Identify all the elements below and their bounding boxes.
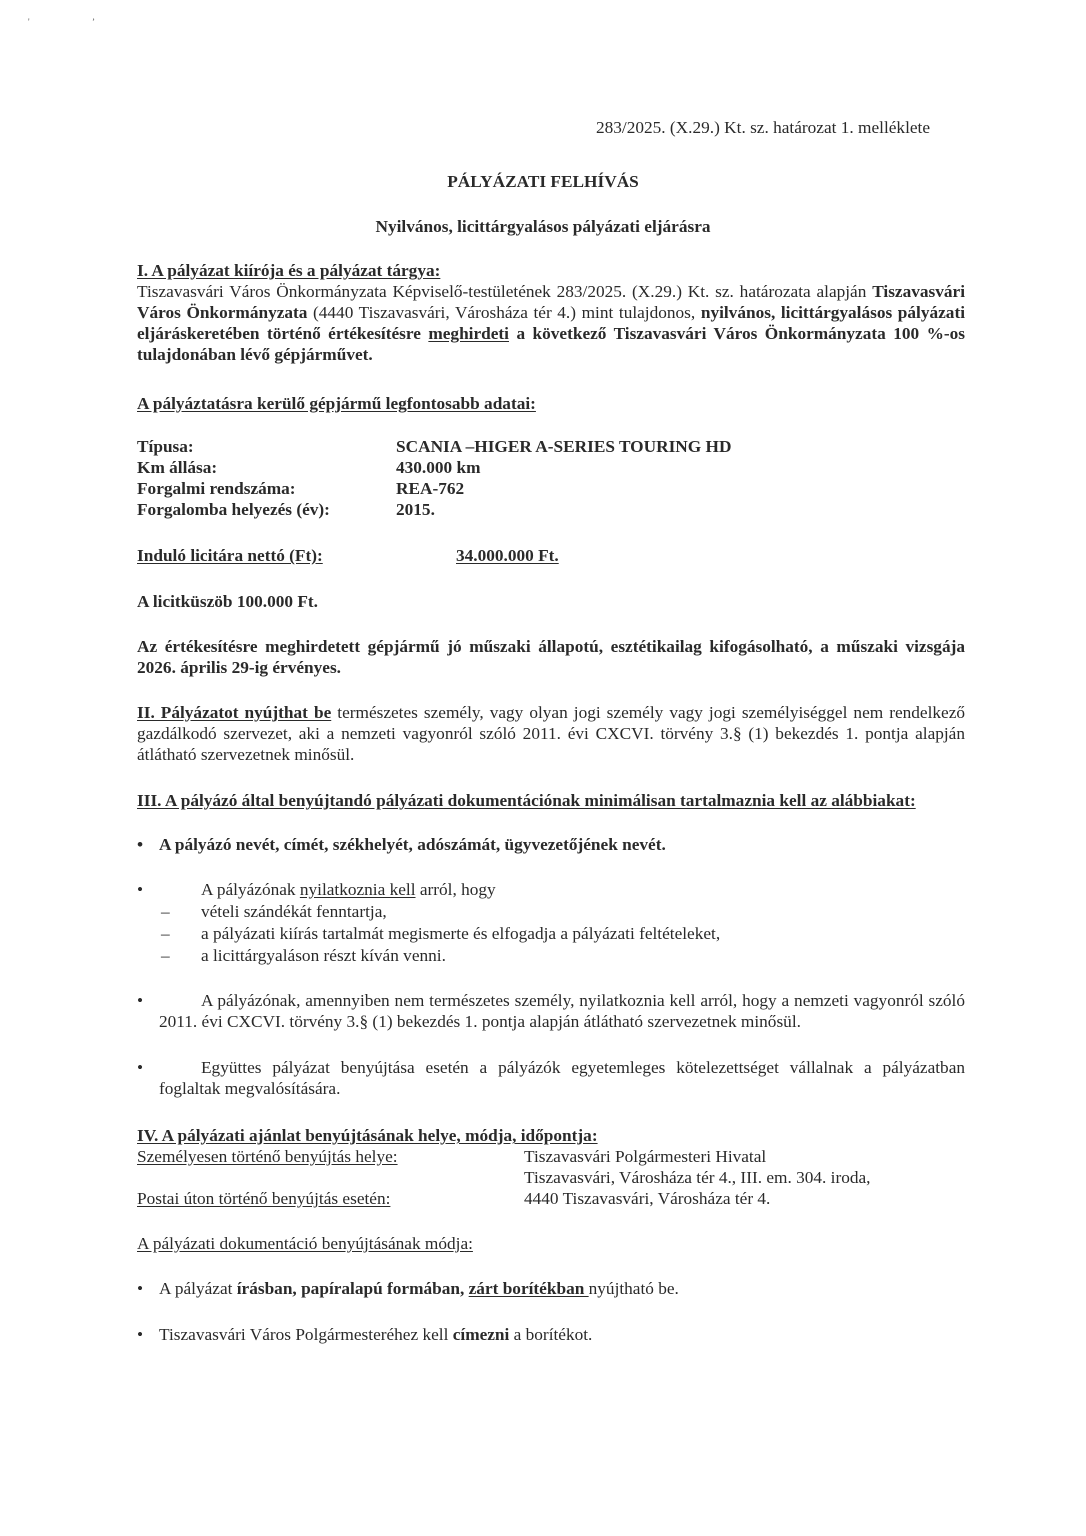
vehicle-row: Forgalmi rendszáma:REA-762 [137, 478, 731, 499]
submission-row: Tiszavasvári, Városháza tér 4., III. em.… [137, 1167, 965, 1188]
vehicle-value: 2015. [396, 499, 435, 520]
list-item: • A pályázónak, amennyiben nem természet… [137, 990, 965, 1032]
vehicle-label: Forgalomba helyezés (év): [137, 499, 396, 520]
section-1-text: Tiszavasvári Város Önkormányzata Képvise… [137, 281, 965, 365]
text: Tiszavasvári Város Önkormányzata Képvise… [137, 282, 872, 301]
text: A pályázónak [201, 880, 300, 899]
dash-list: –vételi szándékát fenntartja, –a pályáza… [137, 901, 965, 967]
vehicle-heading: A pályáztatásra kerülő gépjármű legfonto… [137, 393, 536, 414]
submission-label: Személyesen történő benyújtás helye: [137, 1146, 524, 1167]
vehicle-condition: Az értékesítésre meghirdetett gépjármű j… [137, 636, 965, 678]
text: arról, hogy [416, 880, 496, 899]
text-underline: nyilatkoznia kell [300, 880, 416, 899]
document-subtitle: Nyilvános, licittárgyalásos pályázati el… [0, 216, 1086, 237]
submission-value: 4440 Tiszavasvári, Városháza tér 4. [524, 1188, 770, 1209]
list-item: • A pályázónak nyilatkoznia kell arról, … [137, 879, 965, 900]
text-bold-underline: zárt borítékban [469, 1279, 589, 1298]
dash-item: –a licittárgyaláson részt kíván venni. [137, 945, 965, 967]
vehicle-value: REA-762 [396, 478, 464, 499]
list-item: • A pályázó nevét, címét, székhelyét, ad… [137, 834, 965, 855]
vehicle-label: Km állása: [137, 457, 396, 478]
text: A pályázat [159, 1279, 237, 1298]
submission-info: Személyesen történő benyújtás helye:Tisz… [137, 1146, 965, 1209]
vehicle-row: Típusa:SCANIA –HIGER A-SERIES TOURING HD [137, 436, 731, 457]
submission-row: Személyesen történő benyújtás helye:Tisz… [137, 1146, 965, 1167]
list-item-text: A pályázat írásban, papíralapú formában,… [137, 1278, 965, 1299]
text-bold: címezni [453, 1325, 510, 1344]
text: Tiszavasvári Város Polgármesteréhez kell [159, 1325, 453, 1344]
vehicle-value: SCANIA –HIGER A-SERIES TOURING HD [396, 436, 731, 457]
list-item-text: A pályázónak nyilatkoznia kell arról, ho… [137, 879, 965, 900]
dash-item: –a pályázati kiírás tartalmát megismerte… [137, 923, 965, 945]
bullet-icon: • [137, 1278, 157, 1299]
start-price-value: 34.000.000 Ft. [456, 545, 559, 566]
submission-value: Tiszavasvári Polgármesteri Hivatal [524, 1146, 766, 1167]
text-bold-underline: meghirdeti [428, 324, 509, 343]
submission-value: Tiszavasvári, Városháza tér 4., III. em.… [524, 1167, 871, 1188]
method-heading: A pályázati dokumentáció benyújtásának m… [137, 1233, 473, 1254]
document-title: PÁLYÁZATI FELHÍVÁS [0, 171, 1086, 192]
list-item: • A pályázat írásban, papíralapú formába… [137, 1278, 965, 1299]
section-1-heading: I. A pályázat kiírója és a pályázat tárg… [137, 260, 965, 281]
bid-step: A licitküszöb 100.000 Ft. [137, 591, 318, 612]
section-2: II. Pályázatot nyújthat be természetes s… [137, 702, 965, 765]
bullet-icon: • [137, 1324, 157, 1345]
bullet-icon: • [137, 879, 157, 900]
start-price-label: Induló licitára nettó (Ft): [137, 545, 323, 566]
text: (4440 Tiszavasvári, Városháza tér 4.) mi… [307, 303, 700, 322]
dash-item-text: a licittárgyaláson részt kíván venni. [201, 945, 446, 966]
list-item: • Együttes pályázat benyújtása esetén a … [137, 1057, 965, 1099]
vehicle-row: Km állása:430.000 km [137, 457, 731, 478]
section-1: I. A pályázat kiírója és a pályázat tárg… [137, 260, 965, 365]
vehicle-row: Forgalomba helyezés (év):2015. [137, 499, 731, 520]
section-2-heading: II. Pályázatot nyújthat be [137, 703, 331, 722]
dash-icon: – [161, 901, 170, 922]
dash-item-text: vételi szándékát fenntartja, [201, 901, 387, 922]
section-3-heading: III. A pályázó által benyújtandó pályáza… [137, 790, 965, 811]
dash-icon: – [161, 945, 170, 966]
scan-mark: ' [28, 12, 30, 33]
scan-mark: ʼ [92, 12, 95, 33]
dash-item-text: a pályázati kiírás tartalmát megismerte … [201, 923, 720, 944]
dash-icon: – [161, 923, 170, 944]
text: a borítékot. [509, 1325, 592, 1344]
vehicle-value: 430.000 km [396, 457, 481, 478]
vehicle-label: Forgalmi rendszáma: [137, 478, 396, 499]
vehicle-label: Típusa: [137, 436, 396, 457]
bullet-icon: • [137, 1057, 157, 1078]
list-item-text: Együttes pályázat benyújtása esetén a pá… [137, 1057, 965, 1099]
vehicle-data-table: Típusa:SCANIA –HIGER A-SERIES TOURING HD… [137, 436, 731, 520]
section-4-heading: IV. A pályázati ajánlat benyújtásának he… [137, 1125, 598, 1146]
document-reference: 283/2025. (X.29.) Kt. sz. határozat 1. m… [596, 117, 930, 138]
bullet-icon: • [137, 990, 157, 1011]
dash-item: –vételi szándékát fenntartja, [137, 901, 965, 923]
list-item: • Tiszavasvári Város Polgármesteréhez ke… [137, 1324, 965, 1345]
submission-row: Postai úton történő benyújtás esetén:444… [137, 1188, 965, 1209]
bullet-icon: • [137, 834, 157, 855]
text: nyújtható be. [589, 1279, 679, 1298]
list-item-text: Tiszavasvári Város Polgármesteréhez kell… [137, 1324, 965, 1345]
submission-label: Postai úton történő benyújtás esetén: [137, 1188, 524, 1209]
text-bold: írásban, papíralapú formában, [237, 1279, 469, 1298]
list-item-text: A pályázónak, amennyiben nem természetes… [137, 990, 965, 1032]
list-item-text: A pályázó nevét, címét, székhelyét, adós… [137, 834, 965, 855]
